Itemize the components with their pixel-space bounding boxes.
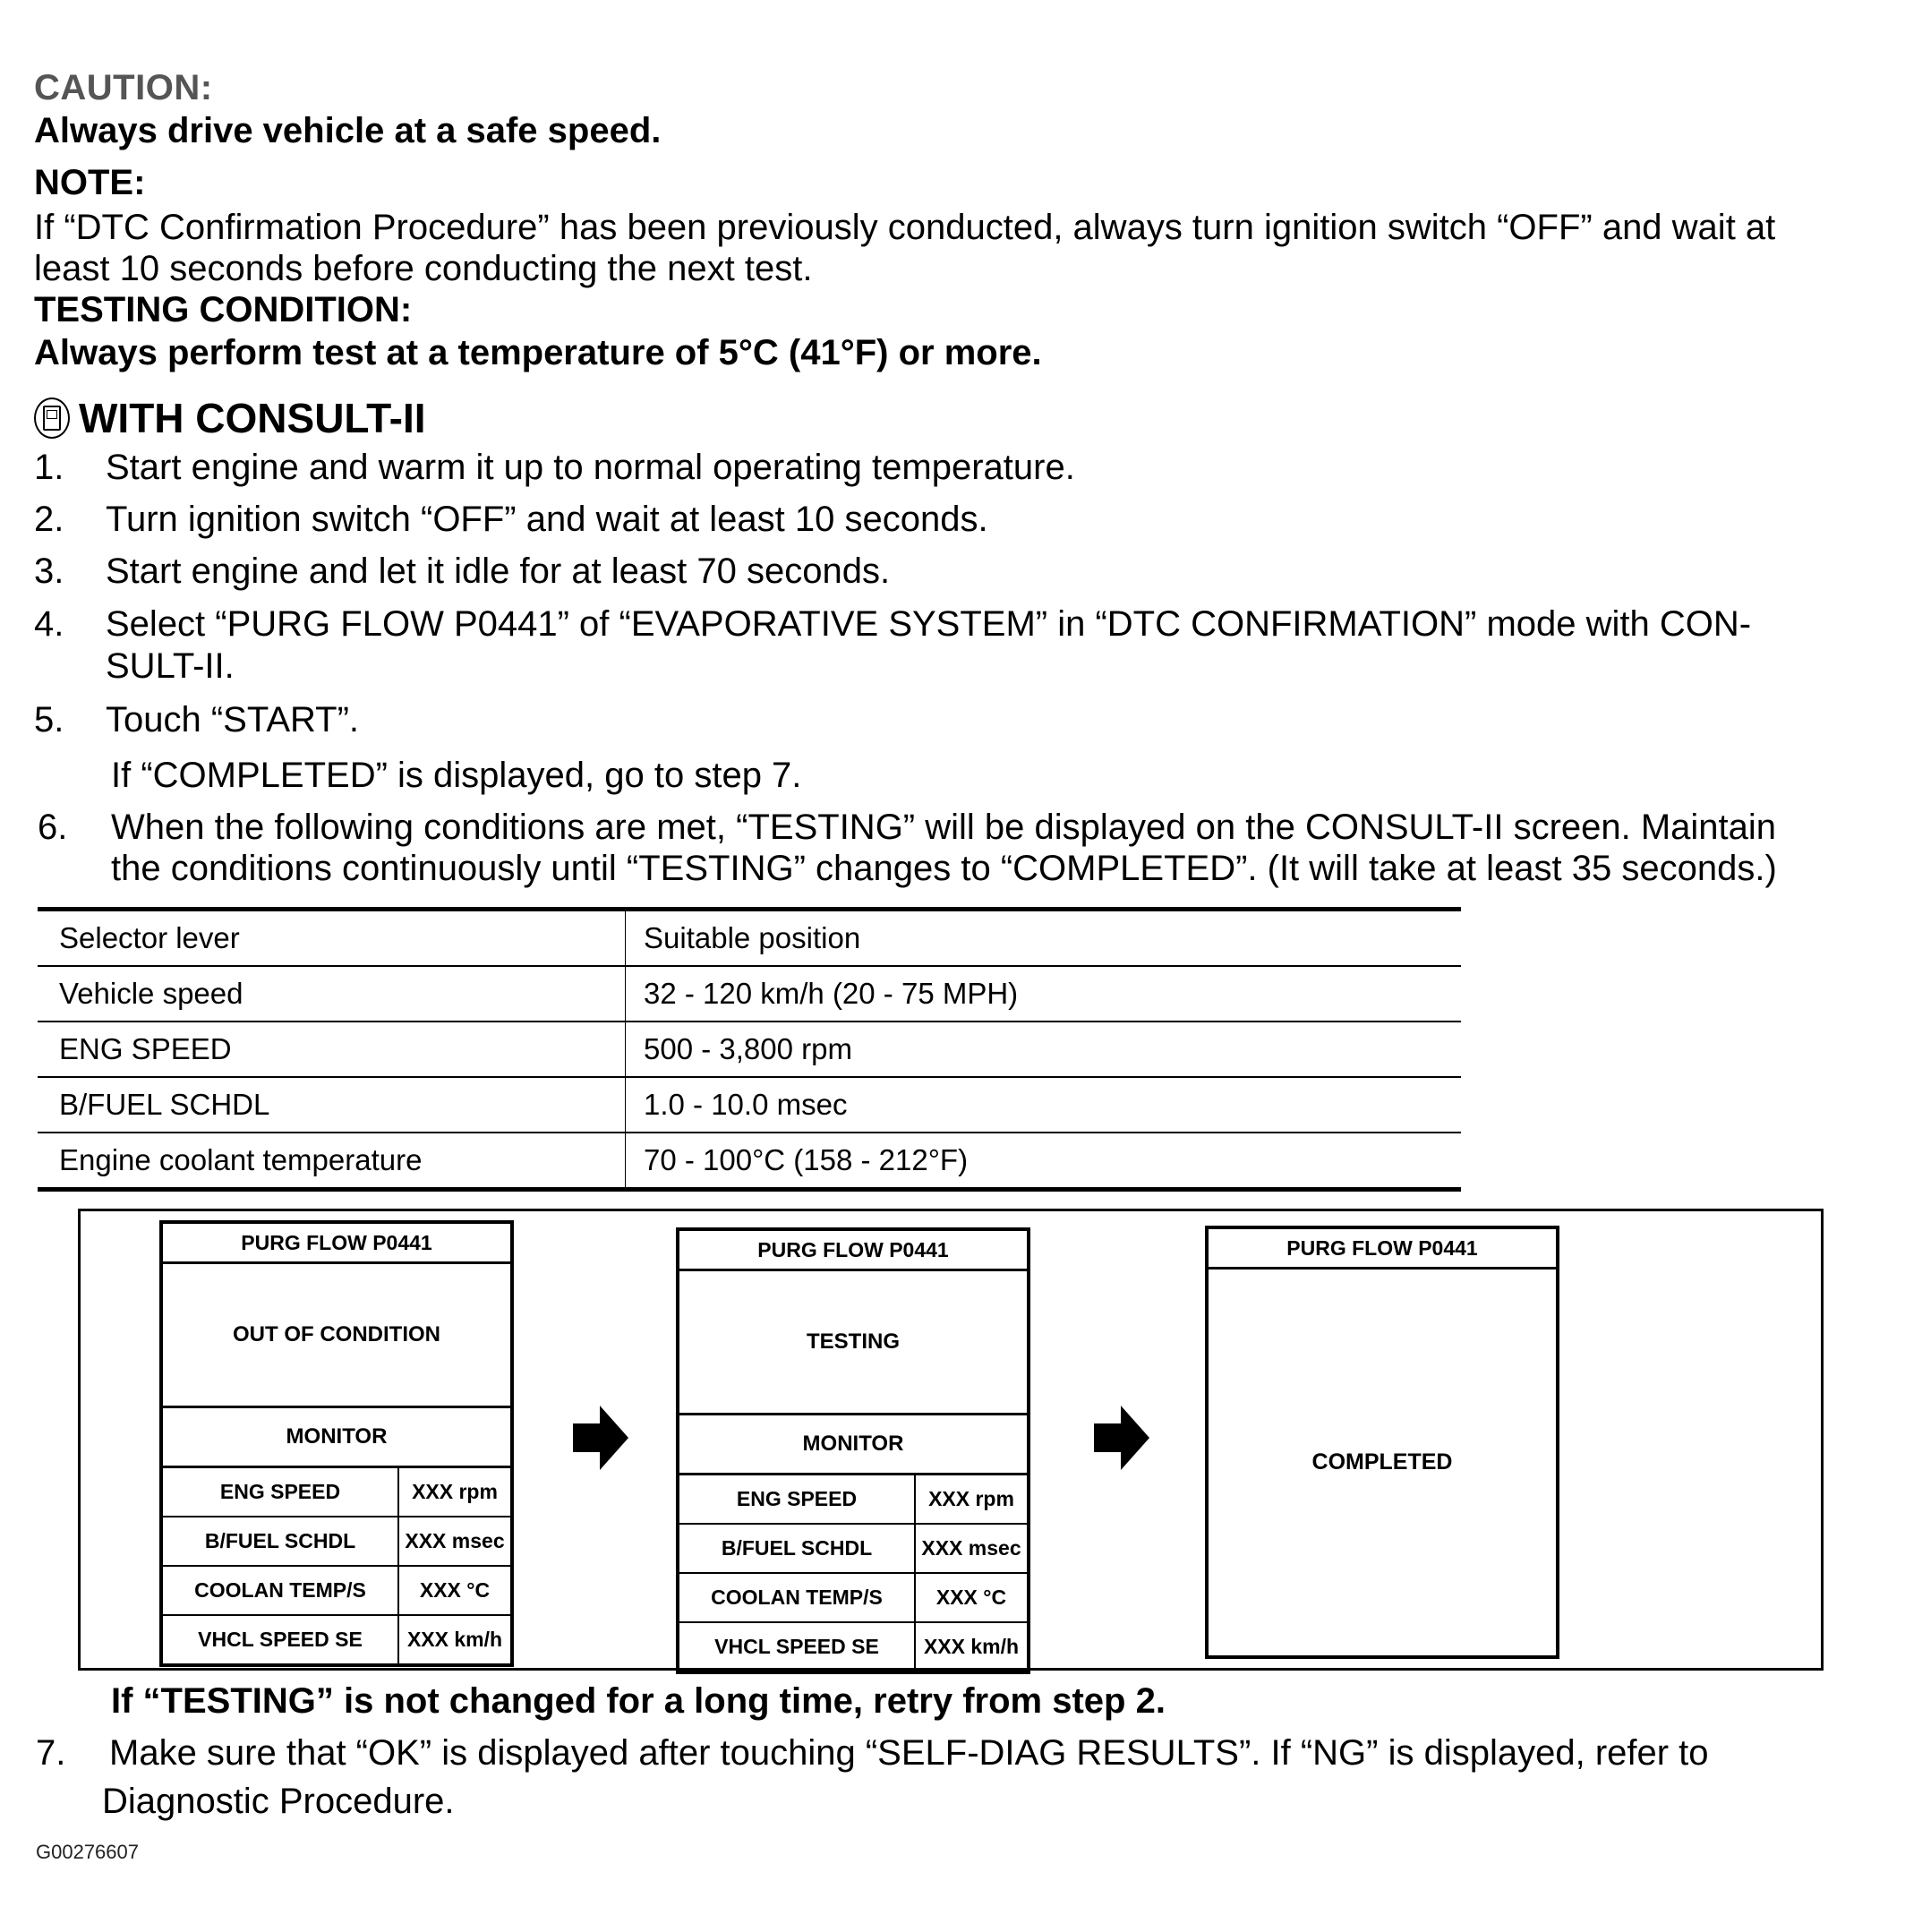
monitor-item: B/FUEL SCHDL bbox=[679, 1525, 916, 1572]
screen-testing: PURG FLOW P0441 TESTING MONITOR ENG SPEE… bbox=[676, 1227, 1030, 1674]
step-number: 4. bbox=[34, 604, 64, 645]
table-row: Vehicle speed 32 - 120 km/h (20 - 75 MPH… bbox=[38, 966, 1461, 1022]
condition-item: B/FUEL SCHDL bbox=[38, 1077, 626, 1133]
monitor-row: VHCL SPEED SE XXX km/h bbox=[163, 1616, 510, 1663]
screen-out-of-condition: PURG FLOW P0441 OUT OF CONDITION MONITOR… bbox=[159, 1220, 514, 1667]
monitor-value: XXX km/h bbox=[916, 1623, 1027, 1671]
screen-sequence-diagram: PURG FLOW P0441 OUT OF CONDITION MONITOR… bbox=[78, 1209, 1824, 1671]
step-text: Start engine and warm it up to normal op… bbox=[106, 448, 1075, 488]
monitor-label: MONITOR bbox=[679, 1415, 1027, 1475]
retry-note: If “TESTING” is not changed for a long t… bbox=[111, 1681, 1166, 1722]
step-text: Select “PURG FLOW P0441” of “EVAPORATIVE… bbox=[106, 604, 1751, 645]
step-number: 1. bbox=[34, 448, 64, 488]
note-text-line2: least 10 seconds before conducting the n… bbox=[34, 249, 812, 289]
monitor-row: COOLAN TEMP/S XXX °C bbox=[679, 1574, 1027, 1623]
condition-item: Vehicle speed bbox=[38, 966, 626, 1022]
condition-value: 1.0 - 10.0 msec bbox=[626, 1077, 1462, 1133]
testing-condition-heading: TESTING CONDITION: bbox=[34, 290, 412, 330]
monitor-row: VHCL SPEED SE XXX km/h bbox=[679, 1623, 1027, 1671]
step-text: Turn ignition switch “OFF” and wait at l… bbox=[106, 500, 988, 540]
monitor-label: MONITOR bbox=[163, 1408, 510, 1468]
monitor-item: COOLAN TEMP/S bbox=[679, 1574, 916, 1621]
arrow-right-icon bbox=[1094, 1406, 1149, 1470]
table-row: Engine coolant temperature 70 - 100°C (1… bbox=[38, 1133, 1461, 1190]
step-number: 7. bbox=[36, 1733, 65, 1774]
conditions-table: Selector lever Suitable position Vehicle… bbox=[38, 907, 1461, 1192]
table-row: Selector lever Suitable position bbox=[38, 910, 1461, 967]
monitor-item: ENG SPEED bbox=[163, 1468, 399, 1516]
monitor-row: ENG SPEED XXX rpm bbox=[163, 1468, 510, 1517]
note-heading: NOTE: bbox=[34, 163, 145, 203]
note-text-line1: If “DTC Confirmation Procedure” has been… bbox=[34, 208, 1775, 248]
step-text: Make sure that “OK” is displayed after t… bbox=[109, 1733, 1709, 1774]
screen-status: TESTING bbox=[679, 1271, 1027, 1415]
monitor-value: XXX rpm bbox=[916, 1475, 1027, 1523]
monitor-value: XXX km/h bbox=[399, 1616, 510, 1663]
monitor-value: XXX °C bbox=[399, 1567, 510, 1614]
monitor-item: VHCL SPEED SE bbox=[163, 1616, 399, 1663]
step-text: Touch “START”. bbox=[106, 700, 359, 740]
consult-tool-icon bbox=[34, 398, 70, 439]
condition-value: 32 - 120 km/h (20 - 75 MPH) bbox=[626, 966, 1462, 1022]
condition-value: 70 - 100°C (158 - 212°F) bbox=[626, 1133, 1462, 1190]
monitor-item: COOLAN TEMP/S bbox=[163, 1567, 399, 1614]
monitor-item: B/FUEL SCHDL bbox=[163, 1517, 399, 1565]
table-row: ENG SPEED 500 - 3,800 rpm bbox=[38, 1022, 1461, 1077]
step-text: When the following conditions are met, “… bbox=[111, 808, 1776, 848]
step-text-continued: the conditions continuously until “TESTI… bbox=[111, 849, 1777, 889]
section-title-text: WITH CONSULT-II bbox=[79, 394, 426, 442]
step-text: Start engine and let it idle for at leas… bbox=[106, 551, 890, 592]
arrow-right-icon bbox=[573, 1406, 628, 1470]
monitor-row: B/FUEL SCHDL XXX msec bbox=[163, 1517, 510, 1567]
monitor-row: ENG SPEED XXX rpm bbox=[679, 1475, 1027, 1525]
caution-heading: CAUTION: bbox=[34, 68, 213, 108]
monitor-value: XXX msec bbox=[399, 1517, 510, 1565]
step-number: 3. bbox=[34, 551, 64, 592]
monitor-row: COOLAN TEMP/S XXX °C bbox=[163, 1567, 510, 1616]
step-text-continued: SULT-II. bbox=[106, 646, 235, 687]
monitor-value: XXX °C bbox=[916, 1574, 1027, 1621]
step-number: 2. bbox=[34, 500, 64, 540]
condition-value: 500 - 3,800 rpm bbox=[626, 1022, 1462, 1077]
section-title: WITH CONSULT-II bbox=[34, 394, 426, 442]
screen-title: PURG FLOW P0441 bbox=[1209, 1229, 1556, 1269]
condition-item: ENG SPEED bbox=[38, 1022, 626, 1077]
step-number: 6. bbox=[38, 808, 67, 848]
caution-text: Always drive vehicle at a safe speed. bbox=[34, 111, 661, 151]
step-number: 5. bbox=[34, 700, 64, 740]
screen-title: PURG FLOW P0441 bbox=[163, 1224, 510, 1264]
monitor-row: B/FUEL SCHDL XXX msec bbox=[679, 1525, 1027, 1574]
monitor-item: ENG SPEED bbox=[679, 1475, 916, 1523]
monitor-value: XXX rpm bbox=[399, 1468, 510, 1516]
testing-condition-text: Always perform test at a temperature of … bbox=[34, 333, 1042, 373]
figure-code: G00276607 bbox=[36, 1841, 139, 1864]
condition-item: Selector lever bbox=[38, 910, 626, 967]
screen-status: COMPLETED bbox=[1209, 1269, 1556, 1655]
table-row: B/FUEL SCHDL 1.0 - 10.0 msec bbox=[38, 1077, 1461, 1133]
screen-title: PURG FLOW P0441 bbox=[679, 1231, 1027, 1271]
condition-item: Engine coolant temperature bbox=[38, 1133, 626, 1190]
condition-value: Suitable position bbox=[626, 910, 1462, 967]
screen-completed: PURG FLOW P0441 COMPLETED bbox=[1205, 1226, 1559, 1659]
step-subtext: If “COMPLETED” is displayed, go to step … bbox=[111, 756, 801, 796]
monitor-item: VHCL SPEED SE bbox=[679, 1623, 916, 1671]
monitor-value: XXX msec bbox=[916, 1525, 1027, 1572]
step-text-continued: Diagnostic Procedure. bbox=[102, 1782, 455, 1822]
screen-status: OUT OF CONDITION bbox=[163, 1264, 510, 1408]
